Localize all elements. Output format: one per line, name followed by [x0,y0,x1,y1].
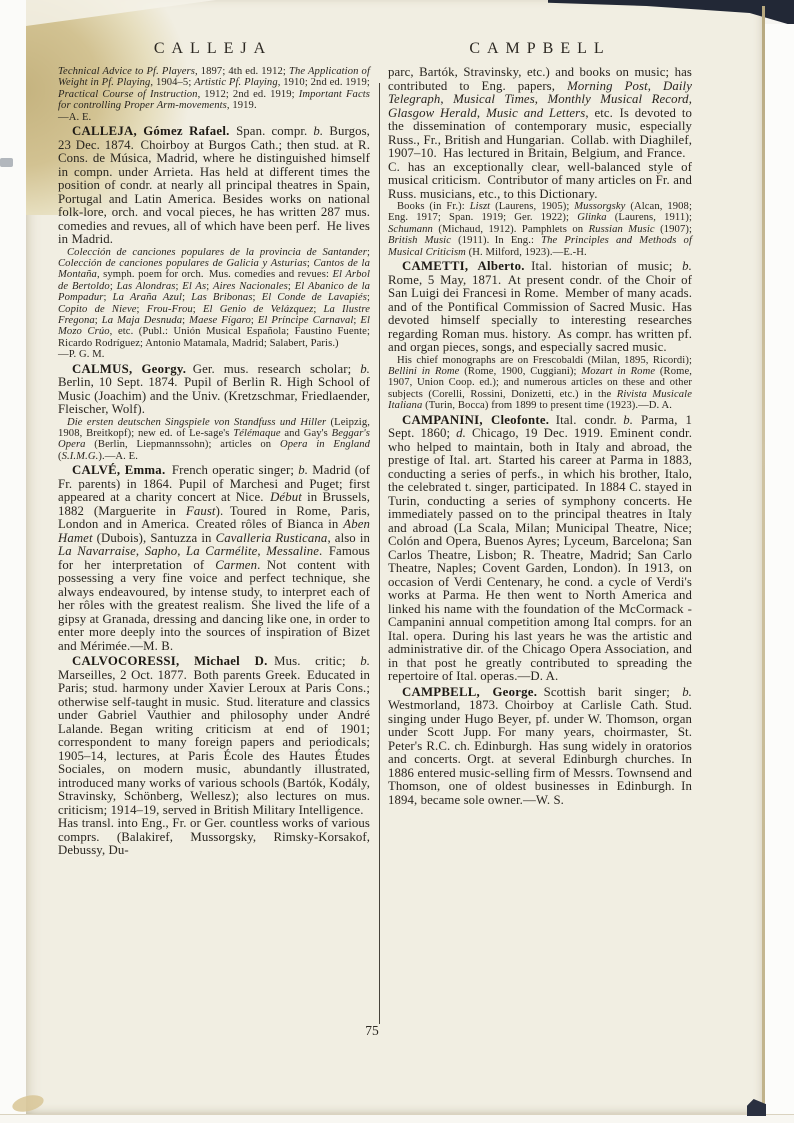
scan-margin-bottom [0,1114,794,1123]
dictionary-entry: CAMPBELL, George. Scottish barit singer;… [388,686,692,808]
column-divider-rule [379,83,380,1024]
text-block: Colección de canciones populares de la p… [58,247,370,350]
text-block: Books (in Fr.): Liszt (Laurens, 1905); M… [388,201,692,258]
text-block: —A. E. [58,112,370,123]
text-block: His chief monographs are on Frescobaldi … [388,355,692,412]
text-block: Die ersten deutschen Singspiele von Stan… [58,417,370,463]
running-head-left: CALLEJA [56,40,370,58]
text-column-left: Technical Advice to Pf. Players, 1897; 4… [58,66,370,858]
dictionary-entry: CALVÉ, Emma. French operatic singer; b. … [58,464,370,653]
text-column-right: parc, Bartók, Stravinsky, etc.) and book… [388,66,692,807]
dictionary-entry: CAMETTI, Alberto. Ital. historian of mus… [388,260,692,355]
dictionary-entry: CALLEJA, Gómez Rafael. Span. compr. b. B… [58,125,370,247]
page-number: 75 [336,1023,408,1039]
scan-artifact-left [0,158,13,167]
text-block: parc, Bartók, Stravinsky, etc.) and book… [388,66,692,201]
dictionary-entry: CAMPANINI, Cleofonte. Ital. condr. b. Pa… [388,414,692,684]
dictionary-entry: CALVOCORESSI, Michael D. Mus. critic; b.… [58,655,370,858]
running-head-right: CAMPBELL [388,40,692,58]
text-block: Technical Advice to Pf. Players, 1897; 4… [58,66,370,112]
scan-margin-right [765,24,794,1123]
dictionary-entry: CALMUS, Georgy. Ger. mus. research schol… [58,363,370,417]
scan-margin-left [0,0,26,1123]
text-block: —P. G. M. [58,349,370,360]
